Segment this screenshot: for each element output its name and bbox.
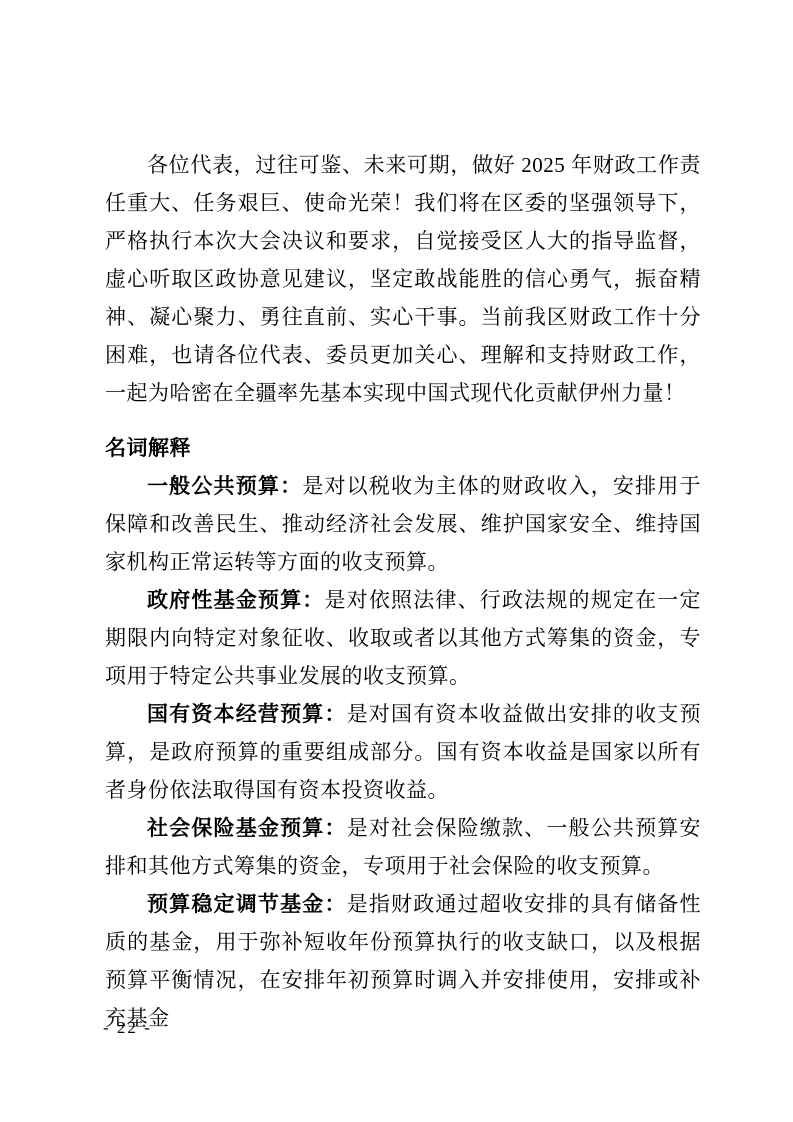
document-page: 各位代表，过往可鉴、未来可期，做好 2025 年财政工作责任重大、任务艰巨、使命… [0, 0, 793, 1122]
glossary-term: 预算稳定调节基金： [147, 892, 347, 916]
glossary-entry: 社会保险基金预算：是对社会保险缴款、一般公共预算安排和其他方式筹集的资金，专项用… [105, 809, 701, 885]
glossary-heading: 名词解释 [105, 429, 701, 467]
page-number: - 22 - [103, 1016, 152, 1040]
intro-paragraph: 各位代表，过往可鉴、未来可期，做好 2025 年财政工作责任重大、任务艰巨、使命… [105, 146, 701, 412]
document-body: 各位代表，过往可鉴、未来可期，做好 2025 年财政工作责任重大、任务艰巨、使命… [105, 146, 701, 1037]
glossary-term: 一般公共预算： [147, 474, 302, 498]
glossary-entry: 预算稳定调节基金：是指财政通过超收安排的具有储备性质的基金，用于弥补短收年份预算… [105, 885, 701, 1037]
glossary-term: 政府性基金预算： [147, 588, 325, 612]
glossary-term: 社会保险基金预算： [147, 816, 347, 840]
glossary-entry: 政府性基金预算：是对依照法律、行政法规的规定在一定期限内向特定对象征收、收取或者… [105, 581, 701, 695]
glossary-entry: 国有资本经营预算：是对国有资本收益做出安排的收支预算，是政府预算的重要组成部分。… [105, 695, 701, 809]
glossary-term: 国有资本经营预算： [147, 702, 347, 726]
glossary-entry: 一般公共预算：是对以税收为主体的财政收入，安排用于保障和改善民生、推动经济社会发… [105, 467, 701, 581]
